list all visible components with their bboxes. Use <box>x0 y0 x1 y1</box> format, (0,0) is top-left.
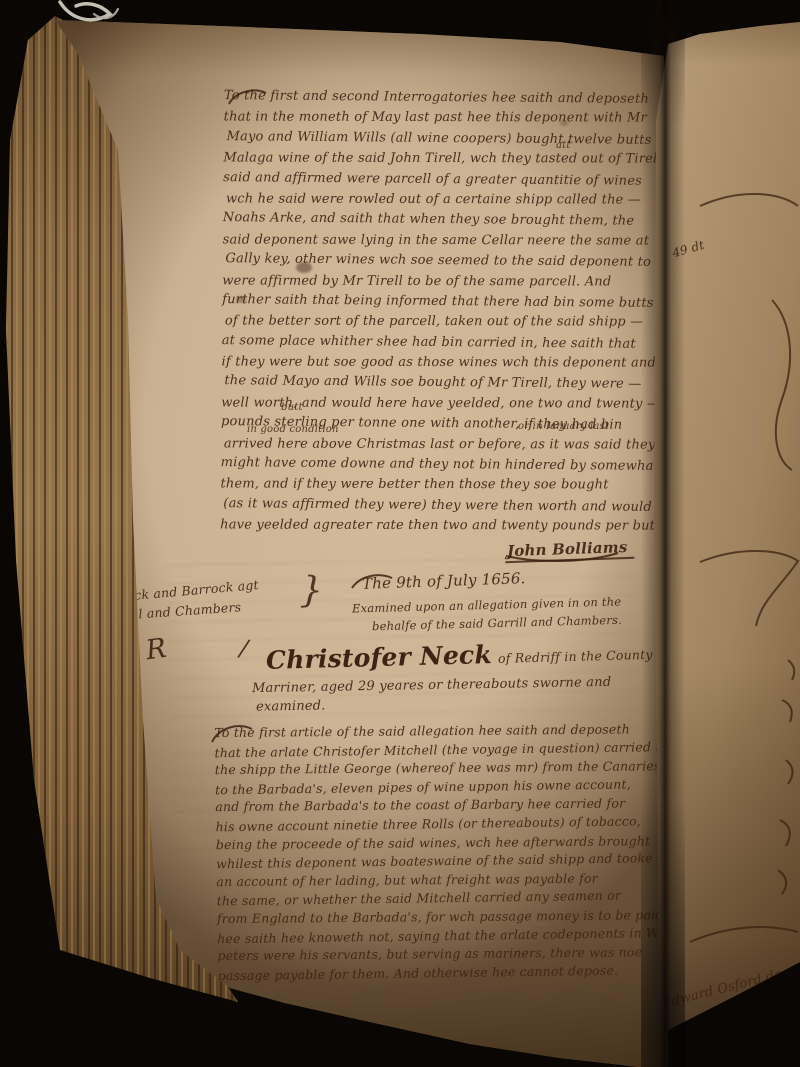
manuscript-line: of the better sort of the parcell, taken… <box>225 312 664 334</box>
manuscript-line: were affirmed by Mr Tirell to be of the … <box>222 271 664 293</box>
manuscript-line: further saith that being informed that t… <box>222 290 664 314</box>
manuscript-line: have yeelded agreater rate then two and … <box>220 516 662 538</box>
manuscript-line: wch he said were rowled out of a certain… <box>226 189 665 211</box>
manuscript-line: at some place whither shee had bin carri… <box>222 331 664 355</box>
recto-corner-writing: Edward Osford de <box>661 956 800 1012</box>
manuscript-line: Malaga wine of the said John Tirell, wch… <box>223 149 665 171</box>
ink-stain <box>560 120 568 126</box>
margin-flourish-mark: R <box>144 633 169 667</box>
recto-gutter-notation: 49 dt <box>671 238 706 260</box>
binding-thread <box>60 2 118 20</box>
manuscript-photograph: To the first and second Interrogatories … <box>0 0 800 1067</box>
manuscript-line: the said Mayo and Wills soe bought of Mr… <box>224 372 663 396</box>
ink-stain <box>296 262 312 273</box>
manuscript-line: if they were but soe good as those wines… <box>222 352 664 374</box>
deponent-name: Christofer Neck <box>266 640 493 675</box>
margin-brace: } <box>299 570 324 612</box>
manuscript-line: Mayo and William Wills (all wine coopers… <box>226 127 665 151</box>
manuscript-line: said and affirmed were parcell of a grea… <box>223 168 665 192</box>
deponent-signature: John Bolliams <box>505 538 634 563</box>
interlineation-butt: butt <box>281 402 303 413</box>
manuscript-line: arrived here above Christmas last or bef… <box>224 434 663 456</box>
manuscript-line: them, and if they were better then those… <box>220 475 662 497</box>
manuscript-line: said deponent sawe lying in the same Cel… <box>223 230 665 252</box>
deponent-heading-line3: examined. <box>256 698 326 714</box>
deposition-mitchell: To the first article of the said allegat… <box>214 719 692 986</box>
manuscript-line: Gally key, other wines wch soe seemed to… <box>225 249 664 273</box>
interlineation-condition: in good condition <box>247 424 339 435</box>
manuscript-line: (as it was affirmed they were) they were… <box>223 494 662 518</box>
deposition-noahs-arke: To the first and second Interrogatories … <box>220 86 666 538</box>
interlineation-january: or in Ianuary last <box>518 421 609 432</box>
manuscript-line: Noahs Arke, and saith that when they soe… <box>223 208 665 232</box>
ink-stain <box>236 296 246 303</box>
manuscript-line: that in the moneth of May last past hee … <box>224 108 666 130</box>
interlineation-att: att <box>556 140 571 151</box>
